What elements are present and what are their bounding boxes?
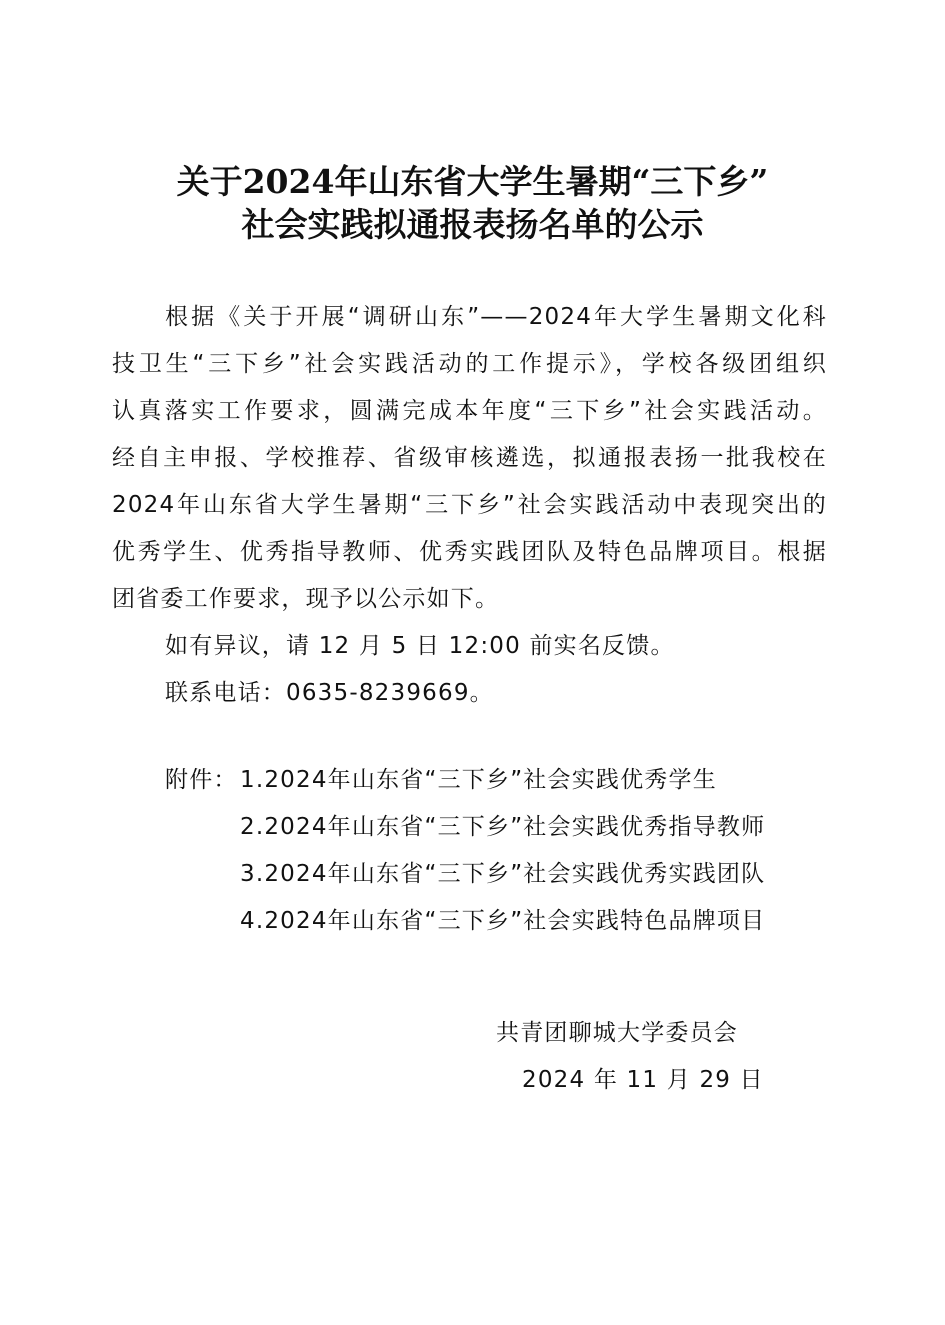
body-line-7: 团省委工作要求，现予以公示如下。 [112, 584, 499, 614]
body-line-1: 根据《关于开展“调研山东”——2024年大学生暑期文化科 [165, 302, 827, 332]
document-title-line-1: 关于2024年山东省大学生暑期“三下乡” [0, 160, 945, 204]
body-line-6: 优秀学生、优秀指导教师、优秀实践团队及特色品牌项目。根据 [112, 537, 827, 567]
attachments-label: 附件： [165, 765, 238, 795]
signature-organization: 共青团聊城大学委员会 [496, 1018, 738, 1048]
attachment-item-3: 3.2024年山东省“三下乡”社会实践优秀实践团队 [240, 859, 765, 889]
attachment-item-4: 4.2024年山东省“三下乡”社会实践特色品牌项目 [240, 906, 765, 936]
document-page: 关于2024年山东省大学生暑期“三下乡” 社会实践拟通报表扬名单的公示 根据《关… [0, 0, 945, 1325]
body-line-3: 认真落实工作要求，圆满完成本年度“三下乡”社会实践活动。 [112, 396, 827, 426]
objection-notice: 如有异议，请 12 月 5 日 12:00 前实名反馈。 [165, 631, 675, 661]
signature-date: 2024 年 11 月 29 日 [522, 1065, 764, 1095]
attachment-item-1: 1.2024年山东省“三下乡”社会实践优秀学生 [240, 765, 717, 795]
contact-phone: 联系电话：0635-8239669。 [165, 678, 494, 708]
document-title-line-2: 社会实践拟通报表扬名单的公示 [0, 203, 945, 247]
body-line-4: 经自主申报、学校推荐、省级审核遴选，拟通报表扬一批我校在 [112, 443, 827, 473]
body-line-2: 技卫生“三下乡”社会实践活动的工作提示》，学校各级团组织 [112, 349, 827, 379]
body-line-5: 2024年山东省大学生暑期“三下乡”社会实践活动中表现突出的 [112, 490, 827, 520]
attachment-item-2: 2.2024年山东省“三下乡”社会实践优秀指导教师 [240, 812, 765, 842]
